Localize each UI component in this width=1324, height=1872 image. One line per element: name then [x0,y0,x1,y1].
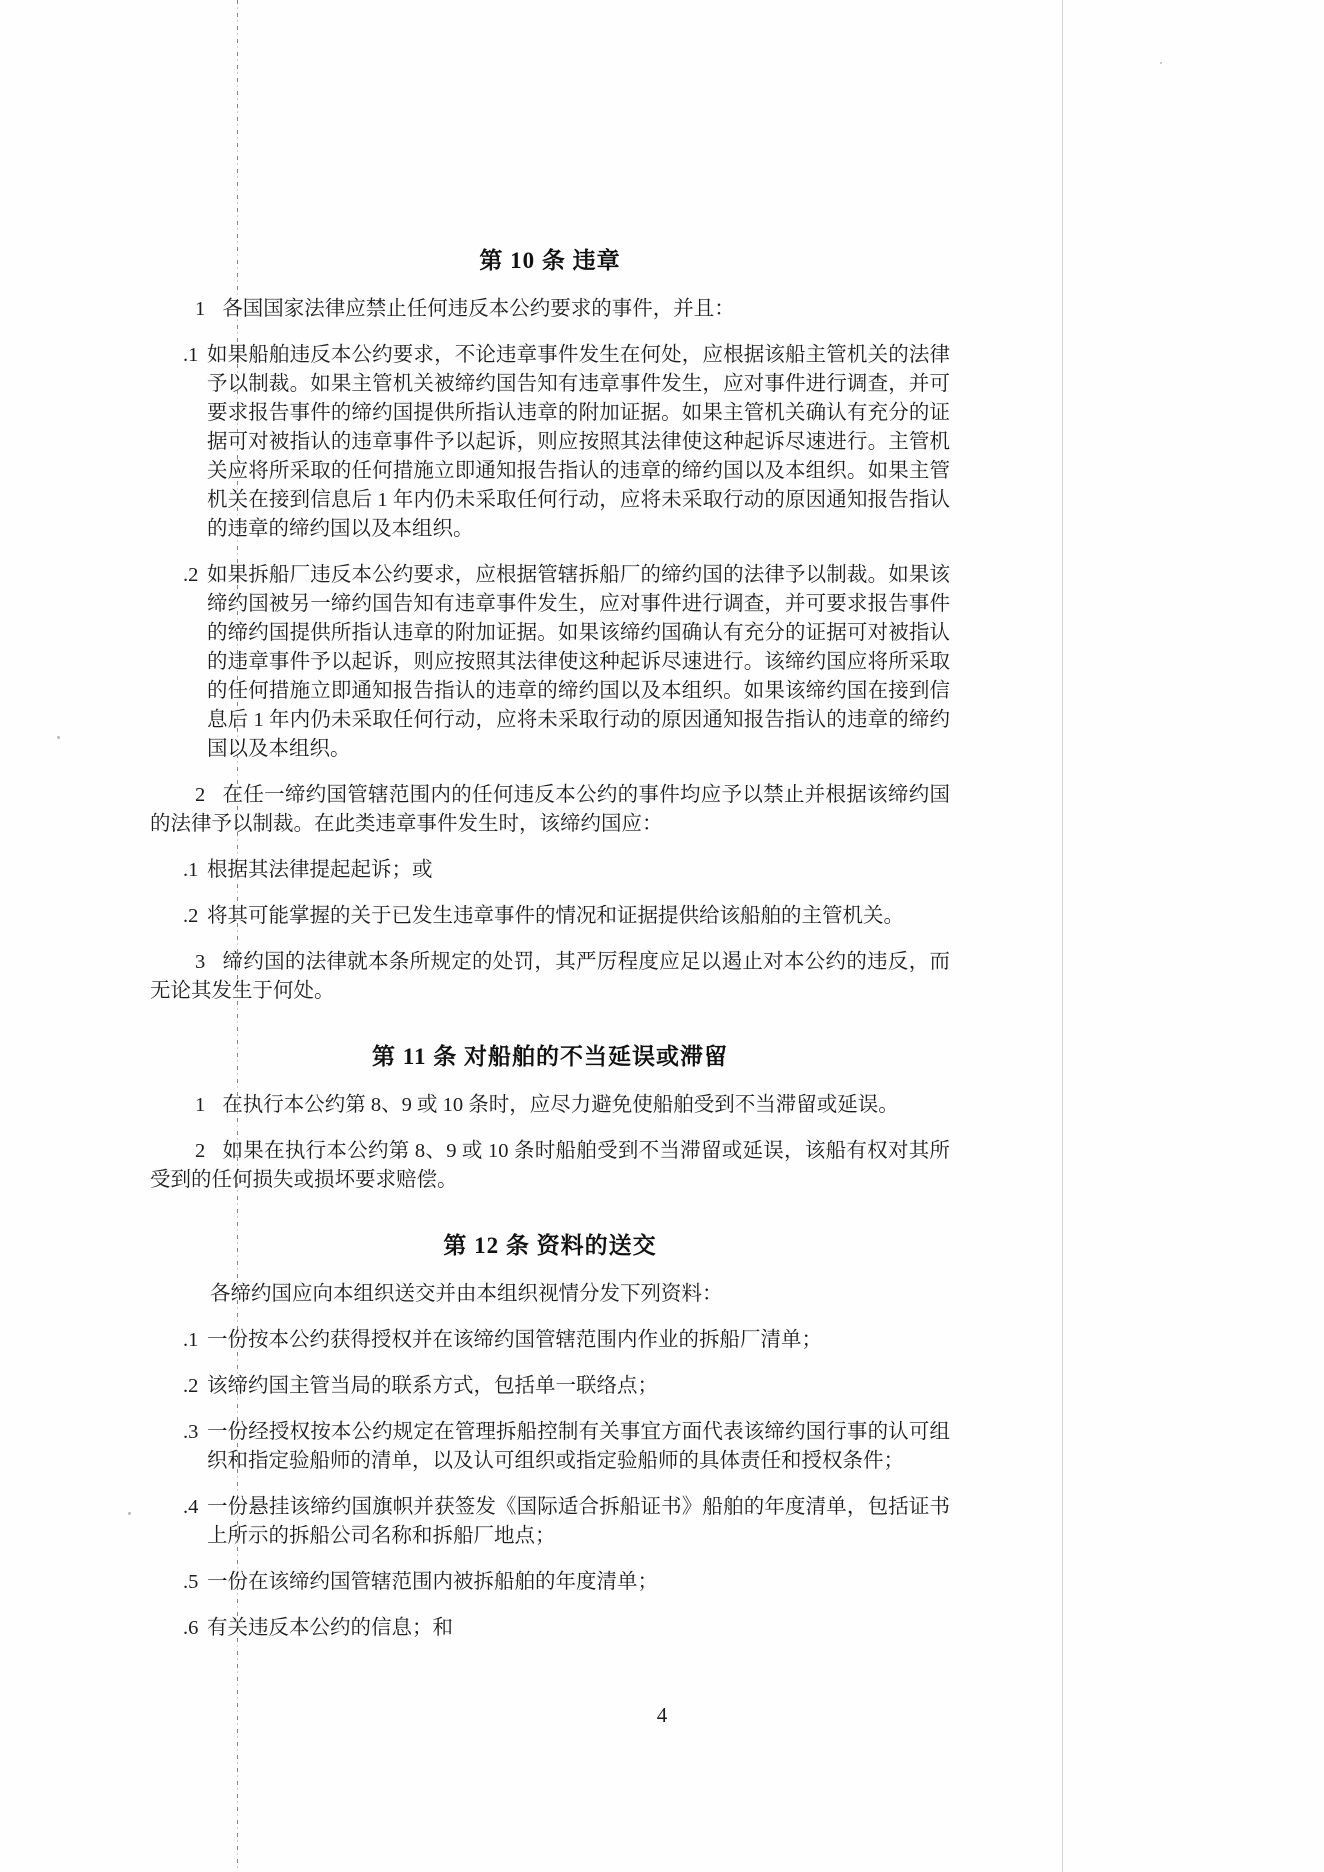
paragraph-text: 各国国家法律应禁止任何违反本公约要求的事件，并且： [222,298,735,320]
sub-item-text: 将其可能掌握的关于已发生违章事件的情况和证据提供给该船舶的主管机关。 [207,905,904,927]
numbered-paragraph: 1在执行本公约第 8、9 或 10 条时，应尽力避免使船舶受到不当滞留或延误。 [150,1091,950,1120]
sub-item: .1根据其法律提起起诉；或 [207,856,950,885]
sub-item-marker: .2 [183,561,198,590]
article-12: 第 12 条 资料的送交 各缔约国应向本组织送交并由本组织视情分发下列资料： .… [150,1231,950,1643]
paragraph-text: 在执行本公约第 8、9 或 10 条时，应尽力避免使船舶受到不当滞留或延误。 [222,1094,899,1116]
paragraph-text: 在任一缔约国管辖范围内的任何违反本公约的事件均应予以禁止并根据该缔约国的法律予以… [150,784,950,835]
sub-item-text: 一份在该缔约国管辖范围内被拆船舶的年度清单； [207,1571,658,1593]
scan-artifact-dot [128,1512,131,1515]
paragraph-number: 1 [195,1094,205,1116]
sub-item-marker: .4 [183,1493,198,1522]
document-page: 第 10 条 违章 1各国国家法律应禁止任何违反本公约要求的事件，并且： .1如… [0,0,1324,1872]
sub-item-marker: .6 [183,1614,198,1643]
numbered-paragraph: 2在任一缔约国管辖范围内的任何违反本公约的事件均应予以禁止并根据该缔约国的法律予… [150,781,950,839]
sub-item-text: 有关违反本公约的信息；和 [207,1617,453,1639]
article-10: 第 10 条 违章 1各国国家法律应禁止任何违反本公约要求的事件，并且： .1如… [150,246,950,1006]
paragraph-text: 各缔约国应向本组织送交并由本组织视情分发下列资料： [210,1283,723,1305]
sub-item: .2如果拆船厂违反本公约要求，应根据管辖拆船厂的缔约国的法律予以制裁。如果该缔约… [207,561,950,764]
article-11: 第 11 条 对船舶的不当延误或滞留 1在执行本公约第 8、9 或 10 条时，… [150,1042,950,1195]
sub-item: .2将其可能掌握的关于已发生违章事件的情况和证据提供给该船舶的主管机关。 [207,902,950,931]
numbered-paragraph: 1各国国家法律应禁止任何违反本公约要求的事件，并且： [150,295,950,324]
sub-item-marker: .1 [183,856,198,885]
sub-item-text: 如果船舶违反本公约要求，不论违章事件发生在何处，应根据该船主管机关的法律予以制裁… [207,344,950,540]
sub-item: .1一份按本公约获得授权并在该缔约国管辖范围内作业的拆船厂清单； [207,1326,950,1355]
sub-item-text: 根据其法律提起起诉；或 [207,859,433,881]
paragraph-number: 1 [195,298,205,320]
sub-item: .1如果船舶违反本公约要求，不论违章事件发生在何处，应根据该船主管机关的法律予以… [207,341,950,544]
sub-item-marker: .1 [183,341,198,370]
sub-item-text: 一份悬挂该缔约国旗帜并获签发《国际适合拆船证书》船舶的年度清单，包括证书上所示的… [207,1496,950,1547]
sub-item-text: 如果拆船厂违反本公约要求，应根据管辖拆船厂的缔约国的法律予以制裁。如果该缔约国被… [207,564,950,760]
page-content: 第 10 条 违章 1各国国家法律应禁止任何违反本公约要求的事件，并且： .1如… [150,0,950,1660]
sub-item: .5一份在该缔约国管辖范围内被拆船舶的年度清单； [207,1568,950,1597]
paragraph-text: 如果在执行本公约第 8、9 或 10 条时船舶受到不当滞留或延误，该船有权对其所… [150,1140,950,1191]
article-10-title: 第 10 条 违章 [150,246,950,276]
paragraph-number: 3 [195,951,205,973]
sub-item-text: 一份按本公约获得授权并在该缔约国管辖范围内作业的拆船厂清单； [207,1329,822,1351]
sub-item: .4一份悬挂该缔约国旗帜并获签发《国际适合拆船证书》船舶的年度清单，包括证书上所… [207,1493,950,1551]
article-12-title: 第 12 条 资料的送交 [150,1231,950,1261]
sub-item: .6有关违反本公约的信息；和 [207,1614,950,1643]
scan-edge-line [1062,0,1063,1872]
paragraph-number: 2 [195,1140,205,1162]
sub-item: .2该缔约国主管当局的联系方式，包括单一联络点； [207,1372,950,1401]
numbered-paragraph: 3缔约国的法律就本条所规定的处罚，其严厉程度应足以遏止对本公约的违反，而无论其发… [150,948,950,1006]
sub-item-text: 一份经授权按本公约规定在管理拆船控制有关事宜方面代表该缔约国行事的认可组织和指定… [207,1421,950,1472]
sub-item-marker: .2 [183,902,198,931]
article-11-title: 第 11 条 对船舶的不当延误或滞留 [150,1042,950,1072]
sub-item-marker: .2 [183,1372,198,1401]
paragraph-text: 缔约国的法律就本条所规定的处罚，其严厉程度应足以遏止对本公约的违反，而无论其发生… [150,951,950,1002]
scan-artifact-dot [1160,62,1162,64]
paragraph-number: 2 [195,784,205,806]
sub-item-marker: .3 [183,1418,198,1447]
scan-artifact-dot [57,736,60,739]
sub-item-text: 该缔约国主管当局的联系方式，包括单一联络点； [207,1375,658,1397]
numbered-paragraph: 2如果在执行本公约第 8、9 或 10 条时船舶受到不当滞留或延误，该船有权对其… [150,1137,950,1195]
sub-item-marker: .1 [183,1326,198,1355]
page-number: 4 [0,1700,1324,1730]
sub-item: .3一份经授权按本公约规定在管理拆船控制有关事宜方面代表该缔约国行事的认可组织和… [207,1418,950,1476]
intro-paragraph: 各缔约国应向本组织送交并由本组织视情分发下列资料： [150,1280,950,1309]
sub-item-marker: .5 [183,1568,198,1597]
